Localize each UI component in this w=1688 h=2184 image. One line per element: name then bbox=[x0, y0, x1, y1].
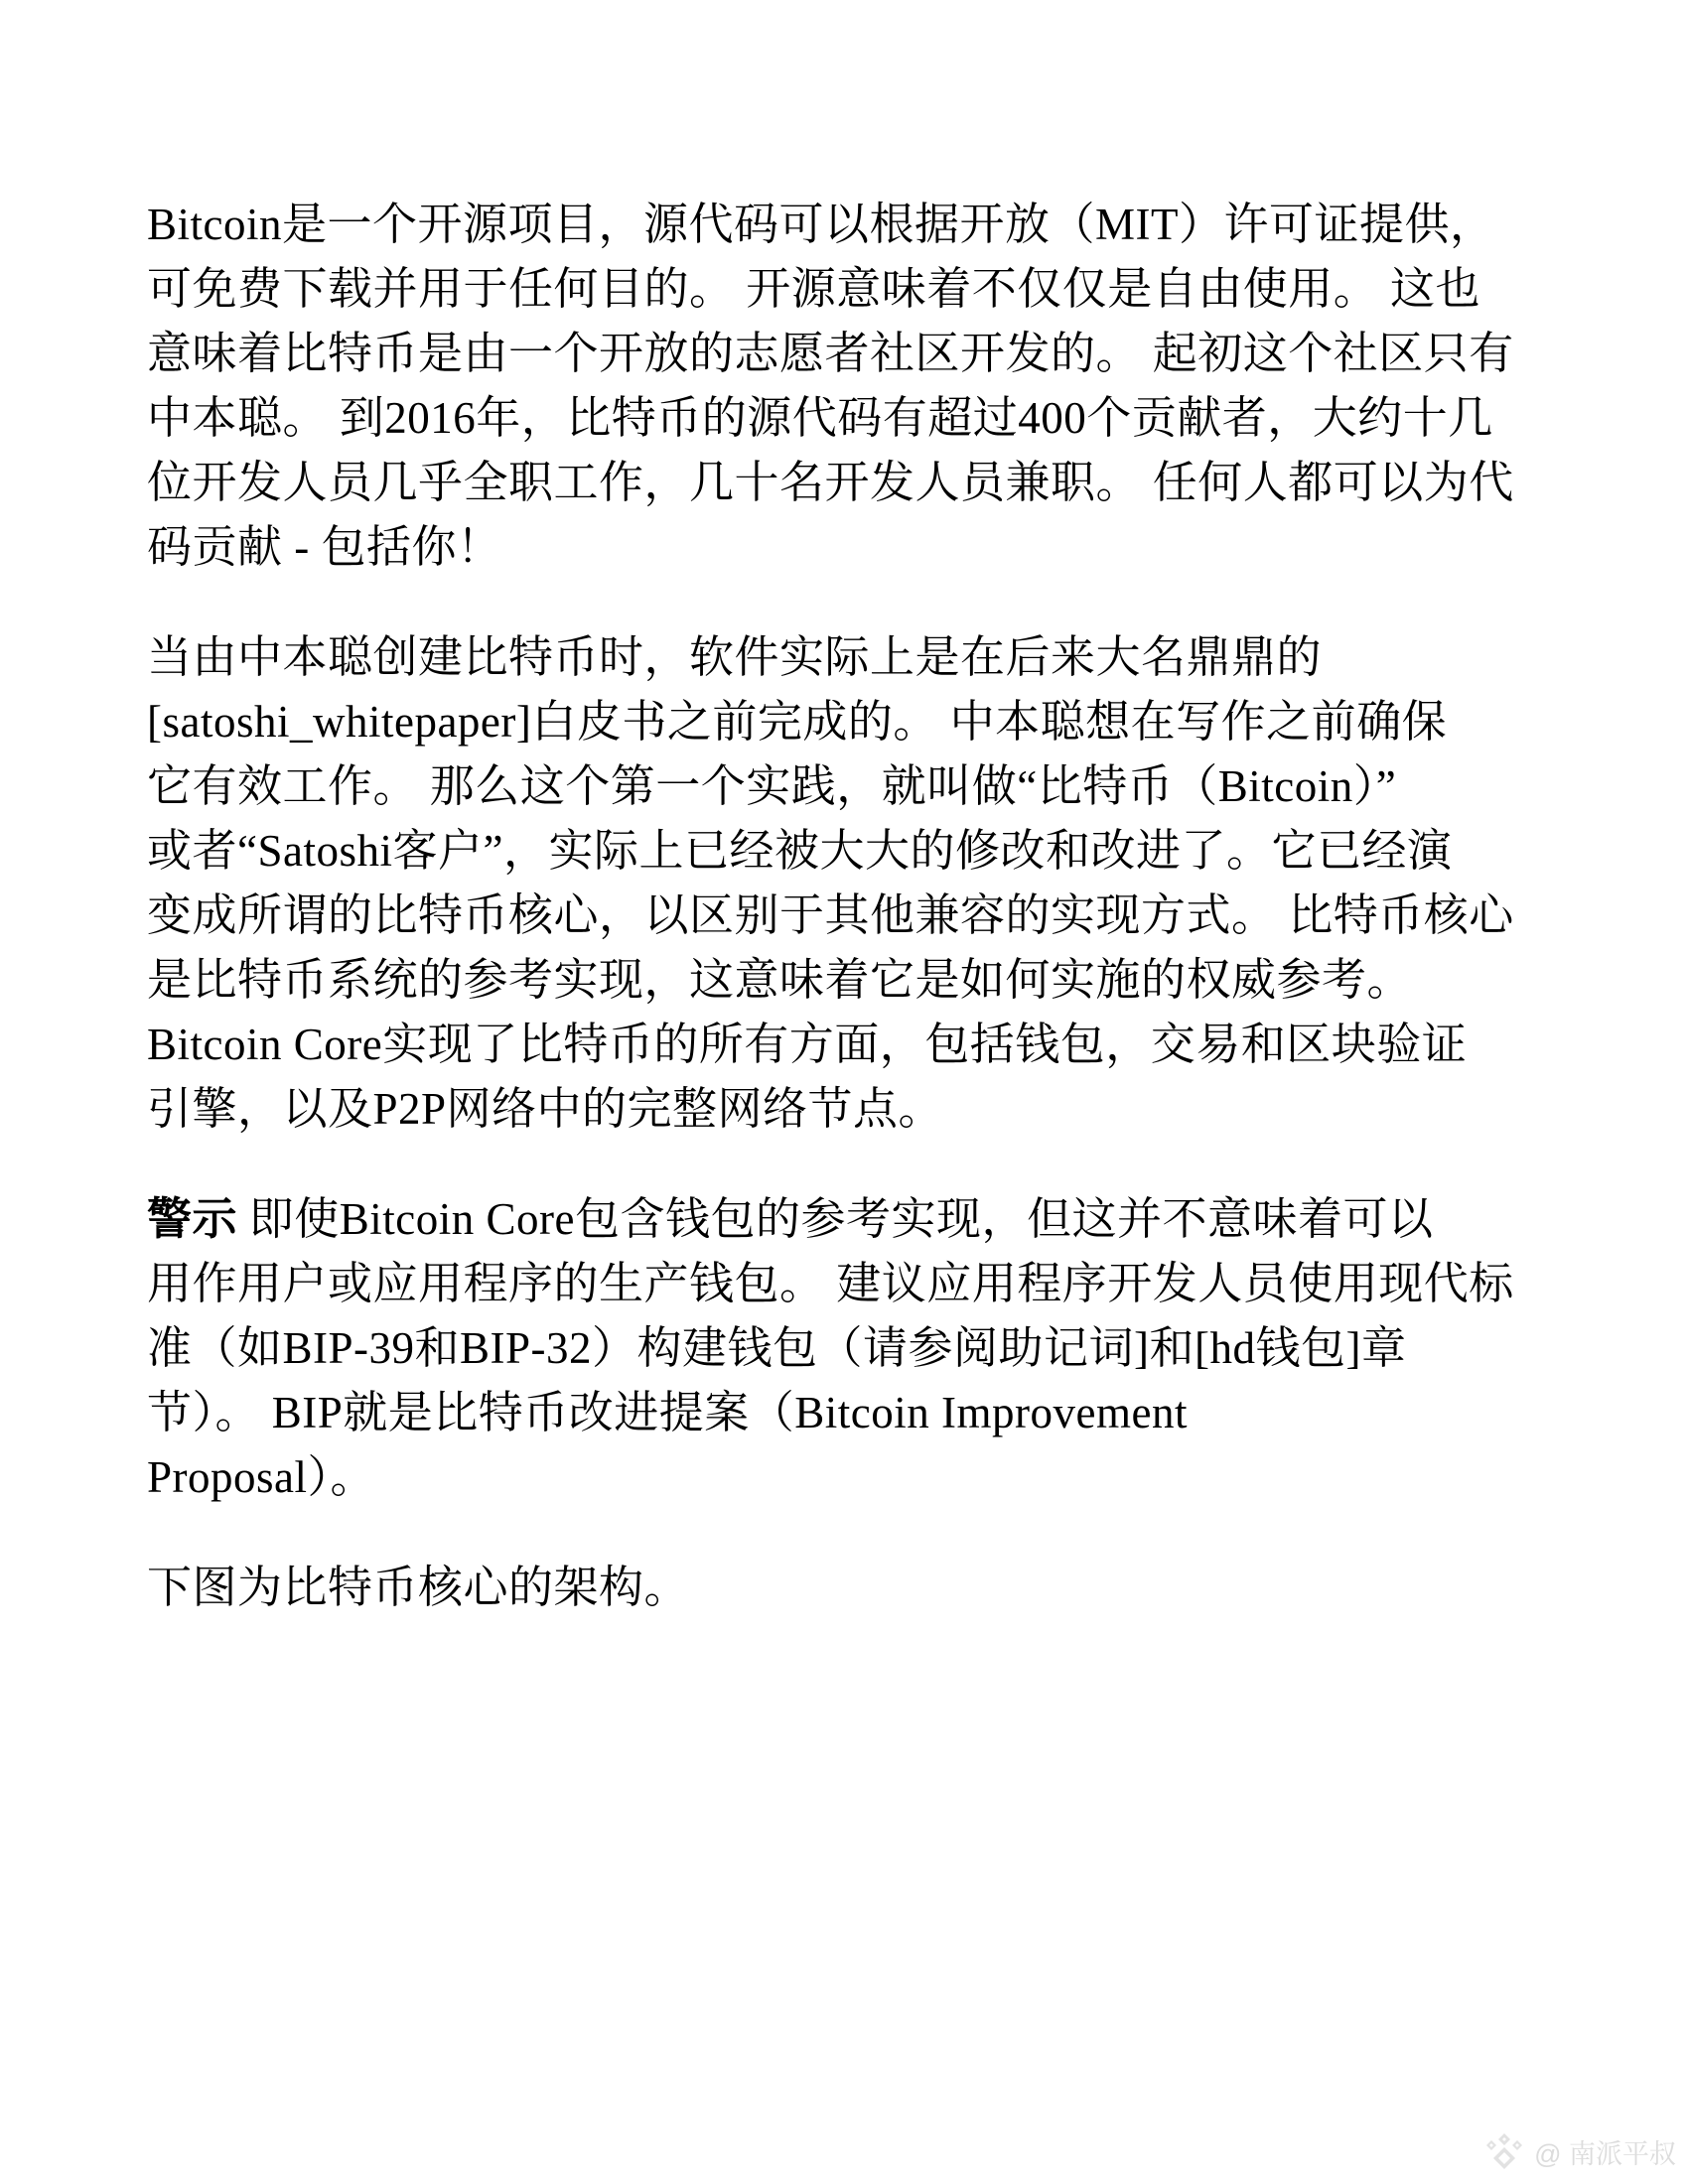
text-line: 用作用户或应用程序的生产钱包。 建议应用程序开发人员使用现代标 bbox=[147, 1252, 1567, 1316]
text-line: Bitcoin是一个开源项目，源代码可以根据开放（MIT）许可证提供， bbox=[147, 193, 1567, 257]
text-line: Bitcoin Core实现了比特币的所有方面，包括钱包，交易和区块验证 bbox=[147, 1013, 1567, 1077]
text-line: 码贡献 - 包括你！ bbox=[147, 515, 1567, 580]
text-line: 警示 即使Bitcoin Core包含钱包的参考实现，但这并不意味着可以 bbox=[147, 1187, 1567, 1252]
document-page: Bitcoin是一个开源项目，源代码可以根据开放（MIT）许可证提供， 可免费下… bbox=[0, 0, 1688, 2184]
document-text-block: Bitcoin是一个开源项目，源代码可以根据开放（MIT）许可证提供， 可免费下… bbox=[147, 193, 1567, 1666]
text-line: 变成所谓的比特币核心，以区别于其他兼容的实现方式。 比特币核心 bbox=[147, 884, 1567, 948]
text-line: 准（如BIP-39和BIP-32）构建钱包（请参阅助记词]和[hd钱包]章 bbox=[147, 1316, 1567, 1381]
text-line: [satoshi_whitepaper]白皮书之前完成的。 中本聪想在写作之前确… bbox=[147, 690, 1567, 754]
warning-line-text: 即使Bitcoin Core包含钱包的参考实现，但这并不意味着可以 bbox=[249, 1194, 1434, 1244]
paragraph-bitcoin-core-history: 当由中本聪创建比特币时，软件实际上是在后来大名鼎鼎的 [satoshi_whit… bbox=[147, 625, 1567, 1142]
watermark-text: @ 南派平叔 bbox=[1534, 2132, 1676, 2171]
text-line: 中本聪。 到2016年，比特币的源代码有超过400个贡献者，大约十几 bbox=[147, 386, 1567, 451]
text-line: 或者“Satoshi客户”，实际上已经被大大的修改和改进了。它已经演 bbox=[147, 819, 1567, 884]
text-line: 位开发人员几乎全职工作，几十名开发人员兼职。 任何人都可以为代 bbox=[147, 451, 1567, 515]
text-line: 当由中本聪创建比特币时，软件实际上是在后来大名鼎鼎的 bbox=[147, 625, 1567, 690]
text-line: 它有效工作。 那么这个第一个实践，就叫做“比特币（Bitcoin）” bbox=[147, 754, 1567, 819]
binance-diamond-logo-icon bbox=[1483, 2130, 1525, 2172]
text-line: 可免费下载并用于任何目的。 开源意味着不仅仅是自由使用。 这也 bbox=[147, 257, 1567, 322]
text-line: 引擎，以及P2P网络中的完整网络节点。 bbox=[147, 1077, 1567, 1142]
warning-label: 警示 bbox=[147, 1194, 237, 1244]
text-line: 节）。 BIP就是比特币改进提案（Bitcoin Improvement bbox=[147, 1381, 1567, 1445]
warning-separator bbox=[237, 1194, 249, 1244]
watermark: @ 南派平叔 bbox=[1483, 2130, 1676, 2172]
text-line: Proposal）。 bbox=[147, 1445, 1567, 1510]
text-line: 是比特币系统的参考实现，这意味着它是如何实施的权威参考。 bbox=[147, 948, 1567, 1013]
text-line: 意味着比特币是由一个开放的志愿者社区开发的。 起初这个社区只有 bbox=[147, 322, 1567, 386]
text-line: 下图为比特币核心的架构。 bbox=[147, 1556, 1567, 1620]
paragraph-warning: 警示 即使Bitcoin Core包含钱包的参考实现，但这并不意味着可以 用作用… bbox=[147, 1187, 1567, 1510]
paragraph-opensource: Bitcoin是一个开源项目，源代码可以根据开放（MIT）许可证提供， 可免费下… bbox=[147, 193, 1567, 580]
paragraph-figure-caption: 下图为比特币核心的架构。 bbox=[147, 1556, 1567, 1620]
